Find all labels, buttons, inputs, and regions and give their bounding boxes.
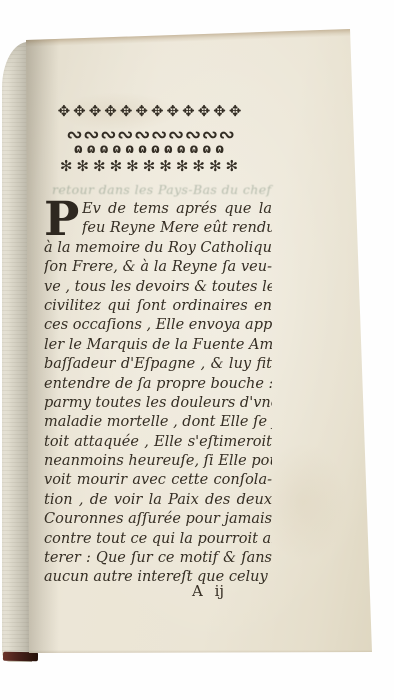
body-text-line: contre tout ce qui la pourroit al- — [44, 530, 272, 549]
body-text-line: toit attaquée , Elle s'eſtimeroit — [44, 433, 272, 452]
body-text-line: ve , tous les devoirs & toutes les — [44, 278, 272, 297]
body-text-line: ces occaſions , Elle envoya appel- — [44, 316, 272, 335]
body-text-line: Ev de tems aprés que la — [82, 200, 272, 219]
photo-background: ✥✥✥✥✥✥✥✥✥✥✥✥ ∾∾∾∾∾∾∾∾∾∾ ɷɷɷɷɷɷɷɷɷɷɷɷ ✻✻✻… — [0, 0, 394, 700]
ornament-band: ✥✥✥✥✥✥✥✥✥✥✥✥ ∾∾∾∾∾∾∾∾∾∾ ɷɷɷɷɷɷɷɷɷɷɷɷ ✻✻✻… — [44, 104, 258, 179]
show-through-ghost-text: retour dans les Pays-Bas du chef — [52, 182, 262, 197]
drop-cap-initial: P — [44, 200, 78, 240]
body-text-line: neanmoins heureuſe, ſi Elle pou- — [44, 452, 272, 471]
body-text-line: parmy toutes les douleurs d'vne — [44, 394, 272, 413]
body-text-line: civilitez qui ſont ordinaires en — [44, 297, 272, 316]
body-text-line: tion , de voir la Paix des deux — [44, 491, 272, 510]
quire-signature-mark: A ij — [138, 582, 278, 600]
body-text-line: ler le Marquis de la Fuente Am- — [44, 336, 272, 355]
printers-ornament-row-spirals: ɷɷɷɷɷɷɷɷɷɷɷɷ — [44, 143, 258, 157]
body-text-block: P Ev de tems aprés que la feu Reyne Mere… — [44, 200, 272, 588]
page-top-browning — [26, 28, 356, 47]
page-bottom-edge — [26, 644, 374, 654]
book-page: ✥✥✥✥✥✥✥✥✥✥✥✥ ∾∾∾∾∾∾∾∾∾∾ ɷɷɷɷɷɷɷɷɷɷɷɷ ✻✻✻… — [18, 22, 378, 656]
body-text-line: entendre de ſa propre bouche : Que — [44, 375, 272, 394]
printers-ornament-row-scroll-chain: ∾∾∾∾∾∾∾∾∾∾ — [44, 126, 258, 143]
body-text-line: Couronnes aſſurée pour jamais , — [44, 510, 272, 529]
book-cover-red-edge — [3, 652, 38, 661]
body-text-line: baſſadeur d'Eſpagne , & luy fit — [44, 355, 272, 374]
body-text-line: terer : Que ſur ce motif & ſans — [44, 549, 272, 568]
printers-ornament-row-fleurons: ✥✥✥✥✥✥✥✥✥✥✥✥ — [44, 104, 258, 124]
body-text-line: feu Reyne Mere eût rendu — [82, 219, 272, 238]
body-text-line: maladie mortelle , dont Elle ſe ſen- — [44, 413, 272, 432]
body-text-line: ſon Frere, & à la Reyne ſa veu- — [44, 258, 272, 277]
body-text-line: voit mourir avec cette conſola- — [44, 471, 272, 490]
printers-ornament-row-stars: ✻✻✻✻✻✻✻✻✻✻✻ — [44, 159, 258, 179]
